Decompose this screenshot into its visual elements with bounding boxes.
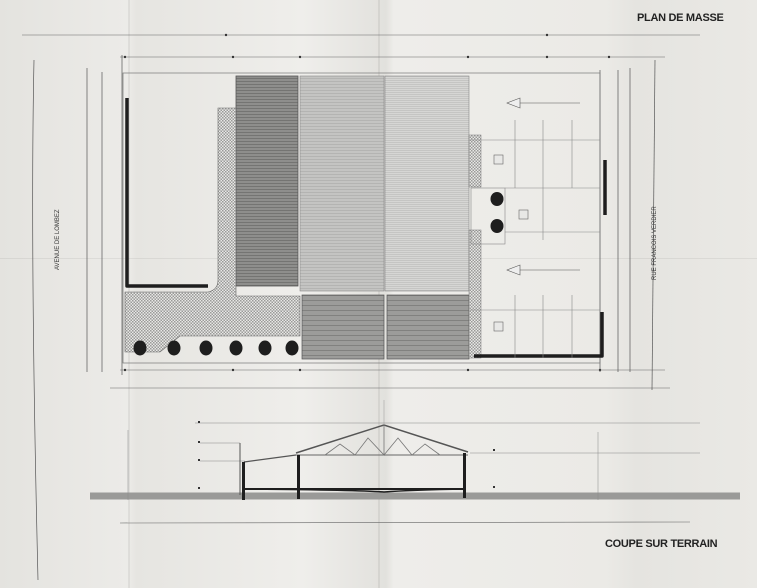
paved-strip: [469, 230, 481, 358]
architectural-drawing-sheet: PLAN DE MASSE COUPE SUR TERRAIN AVENUE D…: [0, 0, 757, 588]
hedge-bottom-right: [474, 312, 602, 356]
parking-arrows: [507, 98, 580, 275]
accessible-parking-icons: [494, 155, 528, 331]
paved-strip: [469, 135, 481, 187]
roof-section-low-left: [302, 295, 384, 359]
parking-grid: [470, 120, 600, 358]
hedge-left: [127, 98, 208, 286]
site-plan-title: PLAN DE MASSE: [637, 12, 724, 24]
section-title: COUPE SUR TERRAIN: [605, 538, 717, 550]
street-label-right: RUE FRANCOIS VERDIER: [652, 206, 658, 280]
roof-section-low-right: [387, 295, 469, 359]
parking-trees: [491, 192, 504, 233]
roof-section-dark: [236, 76, 298, 286]
site-plan-drawing: [0, 0, 757, 588]
roof-section-mid: [300, 76, 384, 291]
section-drawing: [90, 400, 740, 523]
street-label-left: AVENUE DE LOMBEZ: [55, 209, 61, 270]
street-lines-left: [33, 55, 122, 580]
street-lines-right: [600, 60, 655, 390]
roof-section-light: [385, 76, 469, 291]
